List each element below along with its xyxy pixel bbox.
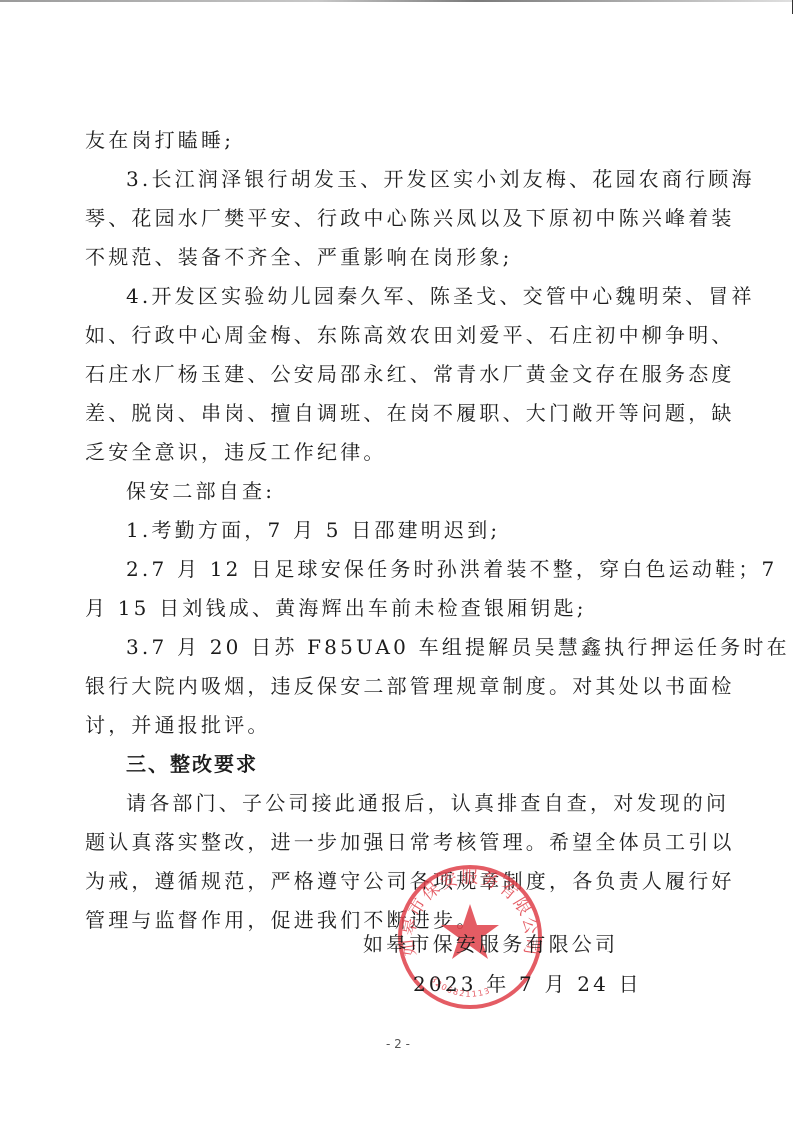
page-number: - 2 - (386, 1037, 410, 1051)
body-line: 琴、花园水厂樊平安、行政中心陈兴凤以及下原初中陈兴峰着装 (85, 204, 735, 232)
body-line: 如、行政中心周金梅、东陈高效农田刘爱平、石庄初中柳争明、 (85, 321, 735, 349)
body-line: 3.7 月 20 日苏 F85UA0 车组提解员吴慧鑫执行押运任务时在 (126, 633, 790, 661)
body-line: 月 15 日刘钱成、黄海辉出车前未检查银厢钥匙; (85, 594, 587, 622)
body-line: 差、脱岗、串岗、擅自调班、在岗不履职、大门敞开等问题，缺 (85, 399, 735, 427)
body-line: 1.考勤方面，7 月 5 日邵建明迟到; (126, 516, 500, 544)
body-line: 2.7 月 12 日足球安保任务时孙洪着装不整，穿白色运动鞋；7 (126, 555, 777, 583)
signature-date: 2023 年 7 月 24 日 (413, 970, 642, 998)
signature-company: 如皋市保安服务有限公司 (363, 930, 618, 958)
body-line: 讨，并通报批评。 (85, 711, 271, 739)
section-heading: 三、整改要求 (126, 750, 258, 778)
body-line: 3.长江润泽银行胡发玉、开发区实小刘友梅、花园农商行顾海 (126, 165, 755, 193)
body-line: 题认真落实整改，进一步加强日常考核管理。希望全体员工引以 (85, 828, 735, 856)
body-line: 友在岗打瞌睡; (85, 126, 234, 154)
body-line: 银行大院内吸烟，违反保安二部管理规章制度。对其处以书面检 (85, 672, 735, 700)
body-line: 石庄水厂杨玉建、公安局邵永红、常青水厂黄金文存在服务态度 (85, 360, 735, 388)
body-line: 乏安全意识，违反工作纪律。 (85, 438, 387, 466)
body-line: 请各部门、子公司接此通报后，认真排查自查，对发现的问 (126, 789, 729, 817)
body-line: 不规范、装备不齐全、严重影响在岗形象; (85, 243, 513, 271)
page-top-edge (0, 0, 793, 2)
body-line: 4.开发区实验幼儿园秦久军、陈圣戈、交管中心魏明荣、冒祥 (126, 282, 755, 310)
section-label: 保安二部自查: (126, 477, 275, 505)
